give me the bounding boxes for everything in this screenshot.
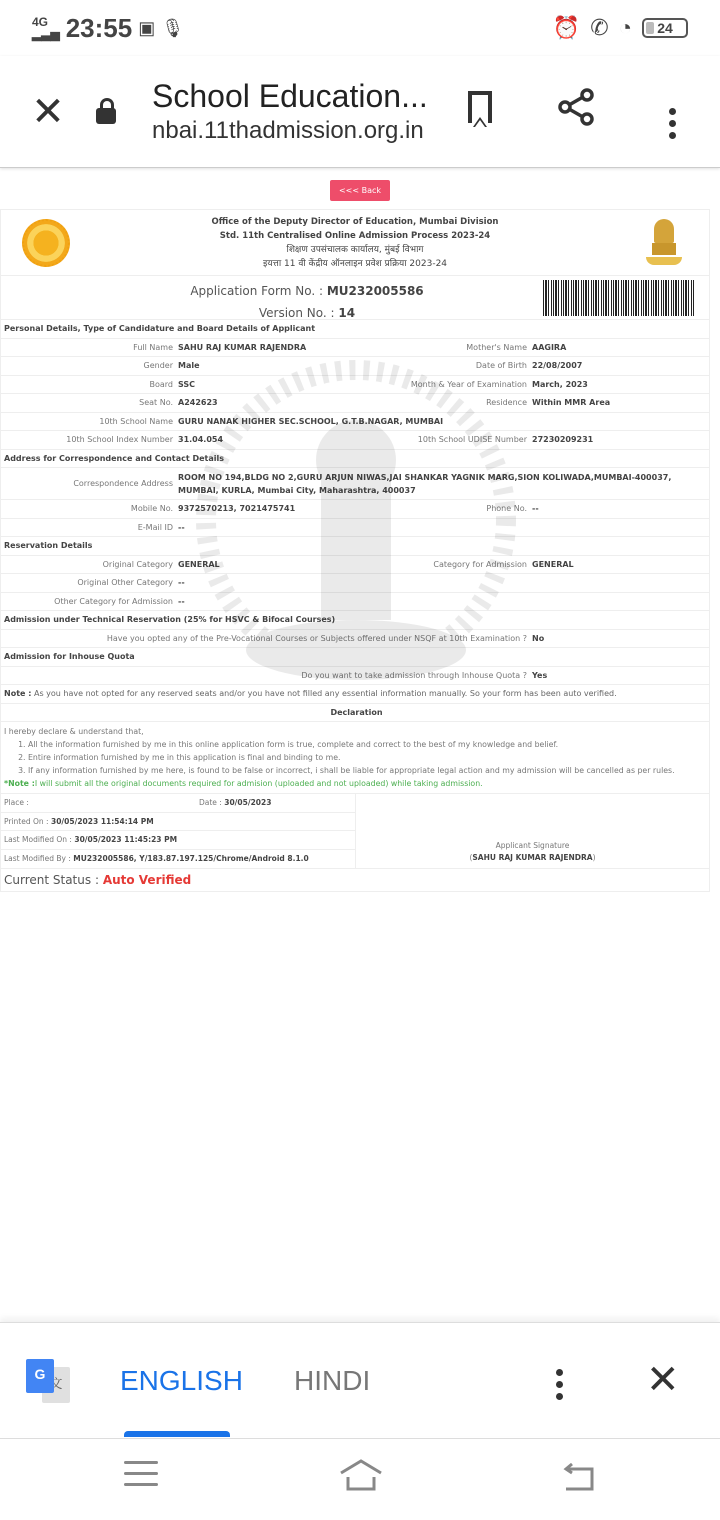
selected-tab-indicator <box>124 1431 230 1437</box>
email-label: E-Mail ID <box>1 523 178 532</box>
share-icon <box>556 87 596 127</box>
header-line2: Std. 11th Centralised Online Admission P… <box>91 229 619 243</box>
declaration-title: Declaration <box>327 708 382 717</box>
browser-toolbar: ✕ School Education... nbai.11thadmission… <box>0 56 720 168</box>
back-nav-button[interactable] <box>562 1463 596 1491</box>
back-button[interactable]: <<< Back <box>330 180 390 201</box>
share-button[interactable] <box>528 87 624 136</box>
other-category-admission-label: Other Category for Admission <box>1 597 178 606</box>
section-technical: Admission under Technical Reservation (2… <box>1 615 335 624</box>
admission-category-value: GENERAL <box>532 560 709 569</box>
mobile-value: 9372570213, 7021475741 <box>178 504 358 513</box>
page-title: School Education... <box>152 78 432 115</box>
translate-menu-button[interactable] <box>556 1363 563 1400</box>
gender-label: Gender <box>1 361 178 370</box>
page-url: nbai.11thadmission.org.in <box>152 117 432 145</box>
declaration-body: I hereby declare & understand that, All … <box>1 722 709 794</box>
email-value: -- <box>178 523 709 532</box>
inhouse-answer: Yes <box>532 671 709 680</box>
inhouse-question: Do you want to take admission through In… <box>1 671 532 680</box>
signal-icon: 4G▂▃▅ <box>32 16 60 40</box>
section-contact: Address for Correspondence and Contact D… <box>1 454 224 463</box>
alarm-icon: ⏰ <box>553 15 580 41</box>
maharashtra-seal-logo <box>22 219 70 267</box>
other-category-admission-value: -- <box>178 597 709 606</box>
declaration-intro: I hereby declare & understand that, <box>4 725 706 738</box>
full-name-label: Full Name <box>1 343 178 352</box>
original-category-value: GENERAL <box>178 560 358 569</box>
form-no-label: Application Form No. : <box>190 284 323 298</box>
section-reservation: Reservation Details <box>1 541 92 550</box>
board-value: SSC <box>178 380 358 389</box>
signature-box: Applicant Signature (SAHU RAJ KUMAR RAJE… <box>356 794 709 868</box>
mother-name-value: AAGIRA <box>532 343 709 352</box>
exam-value: March, 2023 <box>532 380 709 389</box>
signature-label: Applicant Signature <box>496 840 570 852</box>
udise-value: 27230209231 <box>532 435 709 444</box>
exam-label: Month & Year of Examination <box>358 380 532 389</box>
bookmark-button[interactable] <box>432 91 528 132</box>
application-form: Office of the Deputy Director of Educati… <box>0 209 710 892</box>
school-value: GURU NANAK HIGHER SEC.SCHOOL, G.T.B.NAGA… <box>178 417 709 426</box>
technical-answer: No <box>532 634 709 643</box>
wifi-icon: ◔ <box>619 15 632 41</box>
original-category-label: Original Category <box>1 560 178 569</box>
residence-label: Residence <box>358 398 532 407</box>
form-no-value: MU232005586 <box>327 284 424 298</box>
version-label: Version No. : <box>259 306 335 320</box>
clock: 23:55 <box>66 13 133 44</box>
close-icon: ✕ <box>31 90 65 134</box>
google-translate-icon: 文G <box>26 1359 70 1403</box>
barcode <box>543 280 695 316</box>
dob-label: Date of Birth <box>358 361 532 370</box>
gender-value: Male <box>178 361 358 370</box>
place-label: Place : <box>4 798 199 807</box>
india-emblem-logo <box>646 219 682 267</box>
mic-icon: 🎙 <box>161 18 184 39</box>
close-tab-button[interactable]: ✕ <box>0 89 96 135</box>
index-label: 10th School Index Number <box>1 435 178 444</box>
address-label: Correspondence Address <box>1 479 178 488</box>
udise-label: 10th School UDISE Number <box>358 435 532 444</box>
tab-hindi[interactable]: HINDI <box>294 1365 370 1397</box>
admission-category-label: Category for Admission <box>358 560 532 569</box>
header-line3: शिक्षण उपसंचालक कार्यालय, मुंबई विभाग <box>91 243 619 257</box>
version-value: 14 <box>338 306 355 320</box>
original-other-category-label: Original Other Category <box>1 578 178 587</box>
technical-question: Have you opted any of the Pre-Vocational… <box>1 634 532 643</box>
close-icon: ✕ <box>646 1358 680 1402</box>
date-value: 30/05/2023 <box>224 798 271 807</box>
signature-name: (SAHU RAJ KUMAR RAJENDRA) <box>469 852 595 864</box>
last-modified-on: Last Modified On : 30/05/2023 11:45:23 P… <box>1 831 355 850</box>
more-vert-icon <box>669 108 676 139</box>
translate-bar: 文G ENGLISH HINDI ✕ <box>0 1322 720 1436</box>
dob-value: 22/08/2007 <box>532 361 709 370</box>
more-menu-button[interactable] <box>624 85 720 139</box>
status-bar: 4G▂▃▅ 23:55 ▣ 🎙 ⏰ ✆ ◔ 24 <box>0 0 720 56</box>
phone-value: -- <box>532 504 709 513</box>
wifi-call-icon: ✆ <box>590 15 608 41</box>
mobile-label: Mobile No. <box>1 504 178 513</box>
last-modified-by: Last Modified By : MU232005586, Y/183.87… <box>1 850 355 869</box>
full-name-value: SAHU RAJ KUMAR RAJENDRA <box>178 343 358 352</box>
home-button[interactable] <box>338 1457 384 1493</box>
date-label: Date : 30/05/2023 <box>199 798 271 807</box>
header-line1: Office of the Deputy Director of Educati… <box>91 215 619 229</box>
video-record-icon: ▣ <box>138 18 155 39</box>
more-vert-icon <box>556 1369 563 1400</box>
phone-label: Phone No. <box>358 504 532 513</box>
recent-apps-button[interactable] <box>124 1461 158 1494</box>
page-content: <<< Back Office of the Deputy Director o… <box>0 170 720 892</box>
mother-name-label: Mother's Name <box>358 343 532 352</box>
index-value: 31.04.054 <box>178 435 358 444</box>
declaration-item: All the information furnished by me in t… <box>28 738 706 751</box>
tab-english[interactable]: ENGLISH <box>120 1365 243 1397</box>
documents-note: *Note :I will submit all the original do… <box>4 777 706 790</box>
residence-value: Within MMR Area <box>532 398 709 407</box>
seat-label: Seat No. <box>1 398 178 407</box>
board-label: Board <box>1 380 178 389</box>
declaration-item: Entire information furnished by me in th… <box>28 751 706 764</box>
battery-icon: 24 <box>642 18 688 38</box>
auto-verified-note: Note : As you have not opted for any res… <box>1 689 617 698</box>
printed-on: Printed On : 30/05/2023 11:54:14 PM <box>1 813 355 832</box>
section-personal: Personal Details, Type of Candidature an… <box>1 324 315 333</box>
lock-icon <box>96 108 116 124</box>
seat-value: A242623 <box>178 398 358 407</box>
current-status: Current Status : Auto Verified <box>1 869 709 891</box>
translate-close-button[interactable]: ✕ <box>646 1357 680 1403</box>
original-other-category-value: -- <box>178 578 709 587</box>
bookmark-icon <box>468 91 492 123</box>
system-nav-bar <box>0 1438 720 1520</box>
declaration-item: If any information furnished by me here,… <box>28 764 706 777</box>
address-value: ROOM NO 194,BLDG NO 2,GURU ARJUN NIWAS,J… <box>178 471 709 497</box>
address-bar[interactable]: School Education... nbai.11thadmission.o… <box>152 78 432 145</box>
section-inhouse: Admission for Inhouse Quota <box>1 652 135 661</box>
status-badge: Auto Verified <box>103 873 191 887</box>
school-label: 10th School Name <box>1 417 178 426</box>
header-line4: इयत्ता 11 वी केंद्रीय ऑनलाइन प्रवेश प्रक… <box>91 257 619 271</box>
